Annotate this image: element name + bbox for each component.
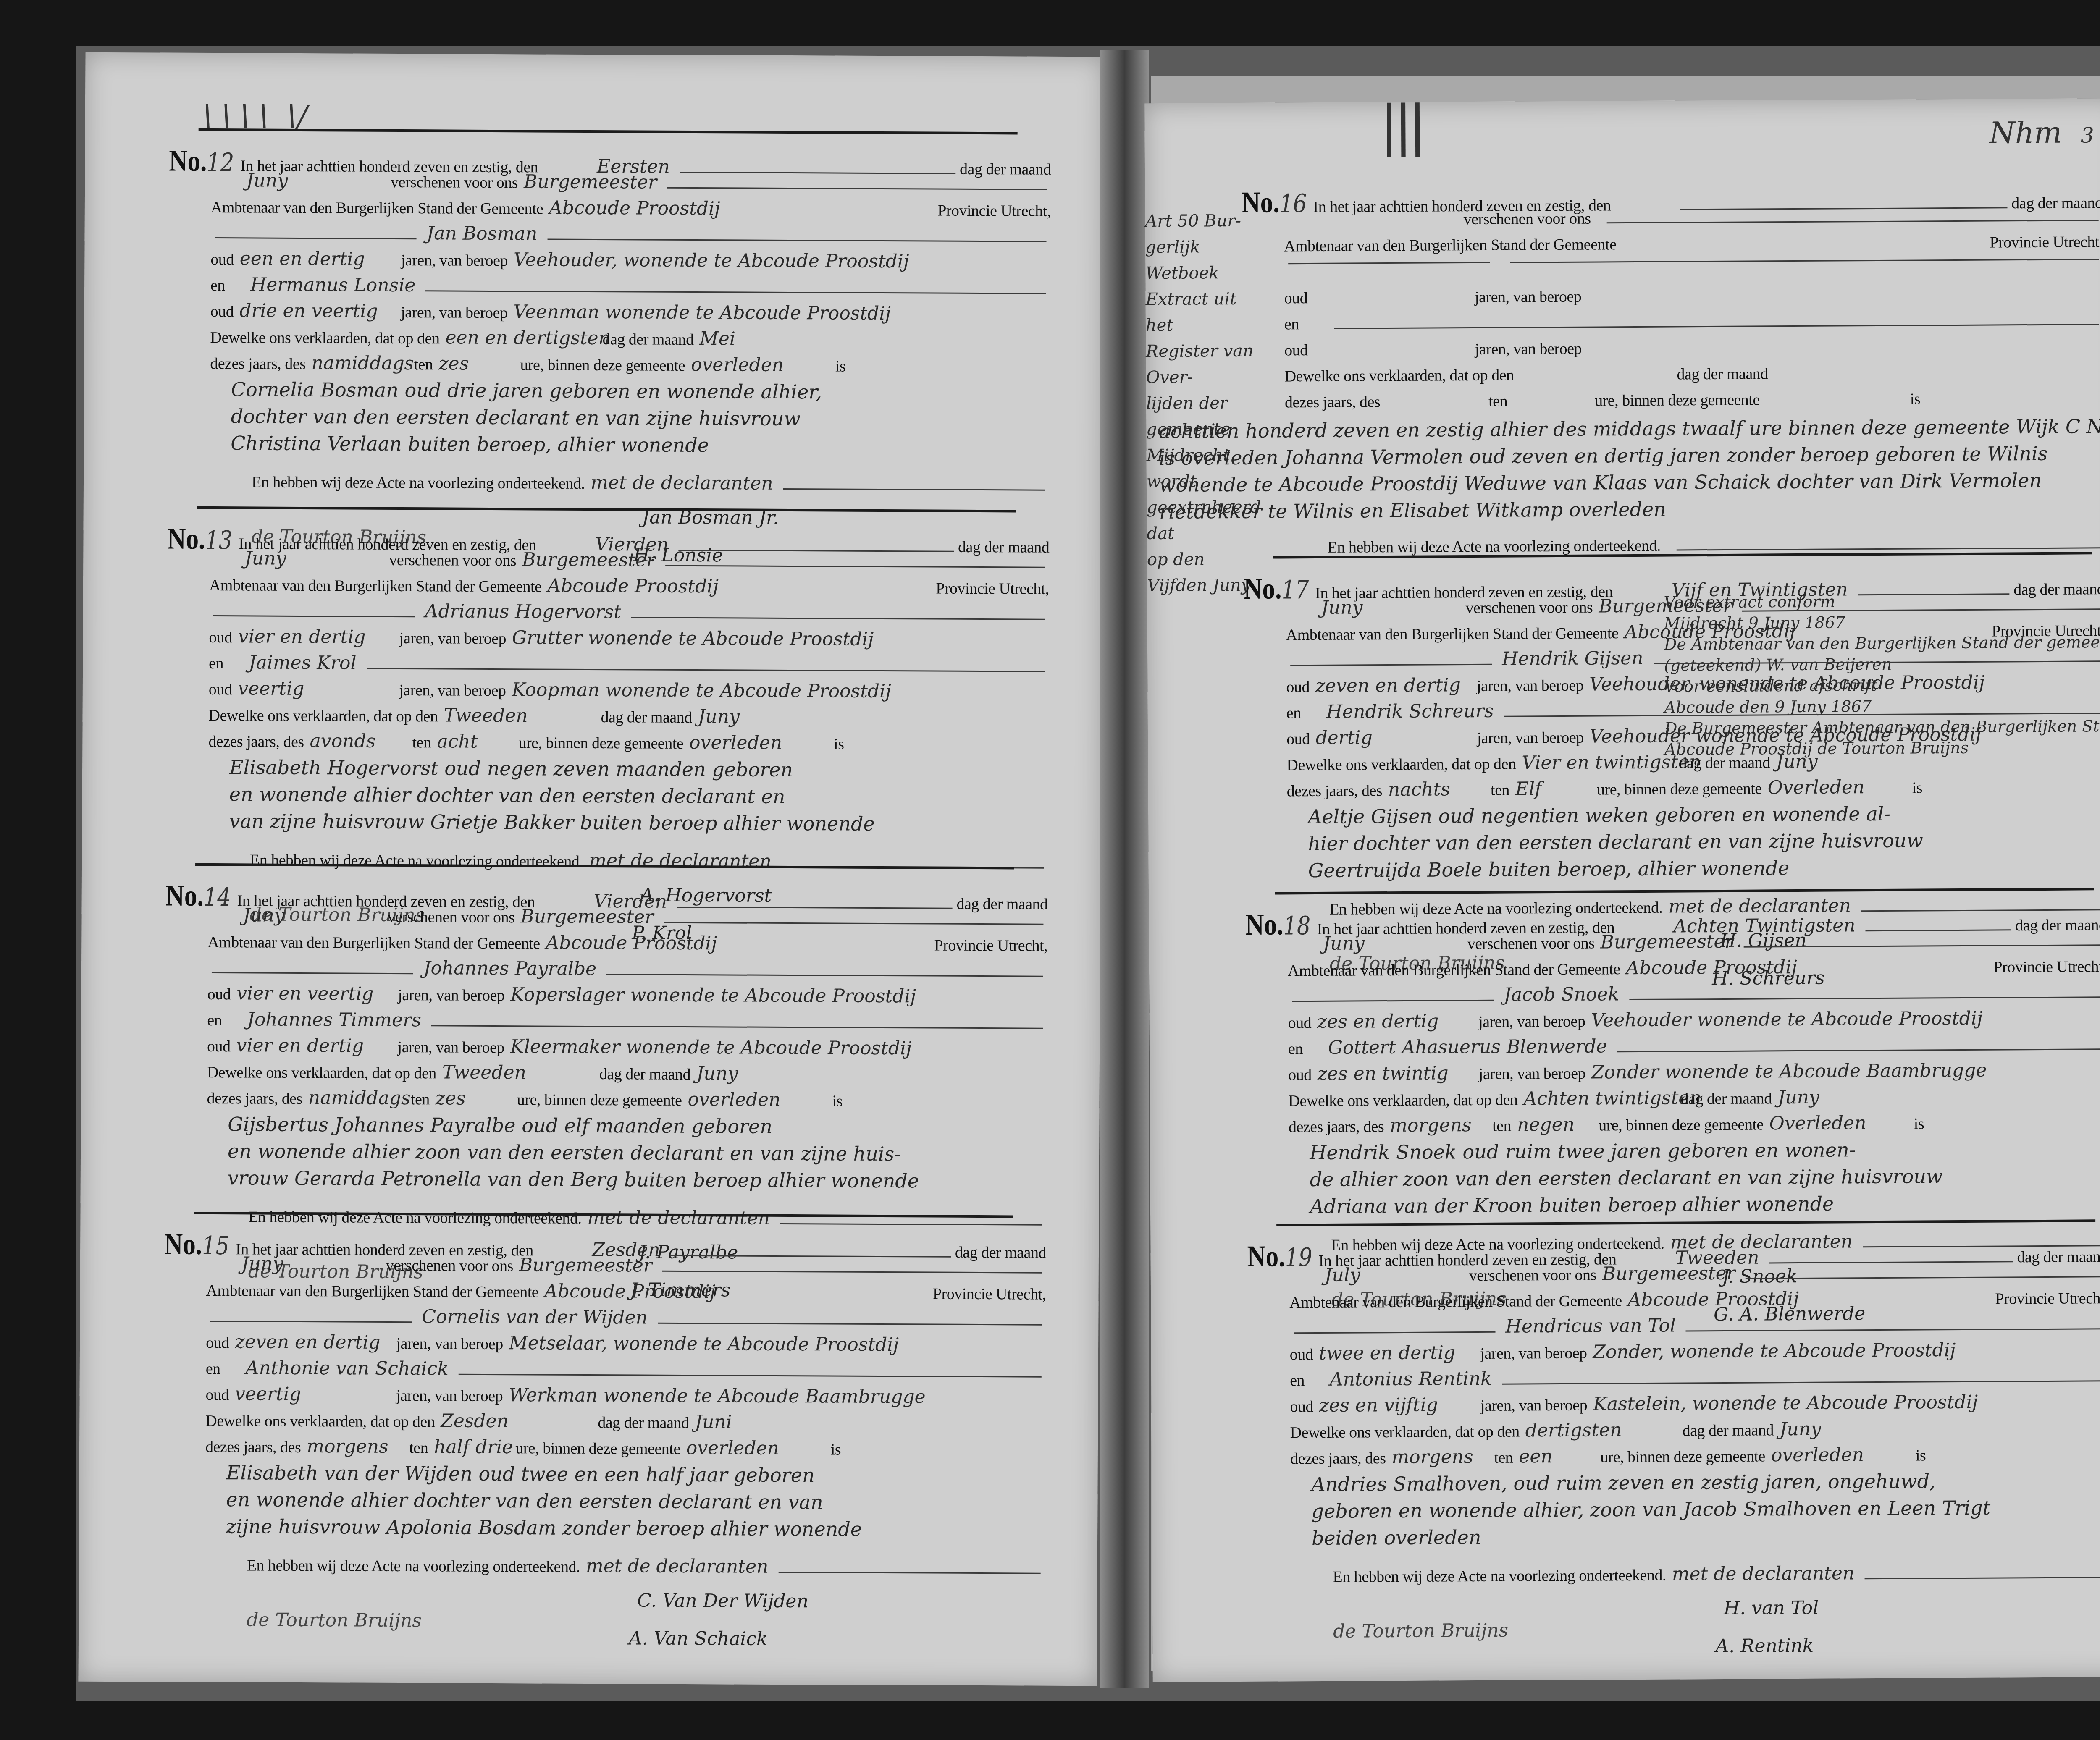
book-gutter xyxy=(1100,50,1149,1688)
death-day: Achten twintigsten xyxy=(1517,1087,1680,1109)
declarant-2-signature: A. Van Schaick xyxy=(629,1627,768,1649)
event-word: overleden xyxy=(685,354,835,376)
death-record-entry-15: No.15 In het jaar achttien honderd zeven… xyxy=(163,1212,1047,1688)
declarant-1-age: zeven en dertig xyxy=(1310,674,1477,697)
hour: een xyxy=(1513,1445,1600,1467)
narrative-line: rietdekker te Wilnis en Elisabet Witkamp… xyxy=(1159,495,2100,527)
event-word: overleden xyxy=(682,1089,832,1111)
narrative-line: Cornelia Bosman oud drie jaren geboren e… xyxy=(168,378,1050,409)
declarant-1-age: vier en dertig xyxy=(232,626,399,648)
hour: half drie xyxy=(428,1436,515,1458)
signed-with: met de declaranten xyxy=(585,472,779,494)
declarant-1-name: Hendricus van Tol xyxy=(1499,1315,1682,1337)
declarant-2-occupation: Werkman wonende te Abcoude Baambrugge xyxy=(503,1384,932,1407)
death-month: Mei xyxy=(694,328,741,349)
declarant-1-occupation: Metselaar, wonende te Abcoude Proostdij xyxy=(503,1332,905,1355)
entry-number-label: No.18 xyxy=(1245,907,1306,942)
narrative-line: Aeltje Gijsen oud negentien weken gebore… xyxy=(1245,801,2100,833)
declarant-2-occupation: Veehouder wonende te Abcoude Proostdij xyxy=(1584,724,1987,747)
declarant-2-age: vier en dertig xyxy=(231,1035,398,1057)
declarant-1-signature: H. van Tol xyxy=(1724,1597,1819,1619)
record-month: July xyxy=(1319,1264,1469,1286)
narrative-line: en wonende alhier dochter van den eerste… xyxy=(163,1488,1045,1519)
narrative-line: wonende te Abcoude Proostdij Weduwe van … xyxy=(1159,469,2100,501)
right-page: ||| Nhm 3 No.16 In het jaar achttien hon… xyxy=(1144,98,2100,1682)
declarant-1-age: zeven en dertig xyxy=(229,1331,396,1353)
declarant-2-name: Johannes Timmers xyxy=(222,1009,427,1031)
narrative-line: zijne huisvrouw Apolonia Bosdam zonder b… xyxy=(163,1515,1045,1546)
death-day: Tweeden xyxy=(436,1061,599,1084)
signature-block: de Tourton Bruijns H. van Tol A. Rentink xyxy=(1249,1587,2100,1697)
narrative-line: van zijne huisvrouw Grietje Bakker buite… xyxy=(166,810,1048,840)
left-page: ∖∖∖∖ ∖/ No.12 In het jaar achttien honde… xyxy=(79,52,1104,1686)
declarant-1-name: Jacob Snoek xyxy=(1498,983,1625,1006)
narrative-line: Gijsbertus Johannes Payralbe oud elf maa… xyxy=(165,1113,1047,1143)
declarant-1-name: Jan Bosman xyxy=(420,223,543,244)
official-title: Burgemeester xyxy=(518,171,663,193)
officer-signature: de Tourton Bruijns xyxy=(1333,1620,1508,1642)
declarant-1-occupation: Veehouder, wonende te Abcoude Proostdij xyxy=(508,249,915,272)
time-of-day xyxy=(1380,406,1488,407)
declarant-2-age: dertig xyxy=(1310,726,1477,749)
death-month: Juny xyxy=(1772,1087,1825,1108)
declarant-1-age: zes en dertig xyxy=(1311,1010,1478,1032)
declarant-1-age: vier en veertig xyxy=(231,983,398,1005)
official-title: Burgemeester xyxy=(513,1254,658,1276)
death-day: Zesden xyxy=(435,1410,598,1432)
declarant-1-name: Adrianus Hogervorst xyxy=(419,600,627,623)
hour xyxy=(1507,406,1595,406)
right-corner-mark: Nhm 3 xyxy=(1989,115,2094,150)
declarant-1-name: Hendrik Gijsen xyxy=(1496,647,1649,670)
declarant-2-age xyxy=(1308,354,1475,355)
time-of-day: nachts xyxy=(1382,778,1491,800)
declarant-1-occupation: Koperslager wonende te Abcoude Proostdij xyxy=(504,984,922,1007)
narrative-line: en wonende alhier dochter van den eerste… xyxy=(166,783,1048,813)
declarant-1-age: twee en dertig xyxy=(1313,1342,1480,1364)
municipality: Abcoude Proostdij xyxy=(1618,621,1801,643)
narrative-line: dochter van den eersten declarant en van… xyxy=(168,405,1050,435)
deceased-narrative: Elisabeth Hogervorst oud negen zeven maa… xyxy=(166,756,1048,840)
narrative-line: is overleden Johanna Vermolen oud zeven … xyxy=(1159,442,2100,474)
tally-mark: ||| xyxy=(1380,94,1423,158)
declarant-1-occupation: Veehouder, wonende te Abcoude Proostdij xyxy=(1583,672,1991,695)
narrative-line: Elisabeth Hogervorst oud negen zeven maa… xyxy=(166,756,1048,786)
deceased-narrative: Aeltje Gijsen oud negentien weken gebore… xyxy=(1245,801,2100,886)
narrative-line: vrouw Gerarda Petronella van den Berg bu… xyxy=(165,1166,1047,1197)
official-title: Burgemeester xyxy=(1593,595,1738,617)
deceased-narrative: Gijsbertus Johannes Payralbe oud elf maa… xyxy=(165,1113,1047,1197)
entry-number-label: No.15 xyxy=(164,1227,225,1262)
narrative-line: Geertruijda Boele buiten beroep, alhier … xyxy=(1245,855,2100,886)
event-word: overleden xyxy=(680,1437,831,1460)
death-month: Juny xyxy=(692,706,745,728)
margin-extract-note: Art 50 Bur-gerlijk WetboekExtract uit he… xyxy=(1145,208,1265,599)
entry-number-label: No.19 xyxy=(1247,1239,1308,1274)
event-word xyxy=(1760,404,1910,405)
time-of-day: morgens xyxy=(1386,1446,1494,1468)
declarant-1-occupation: Zonder, wonende te Abcoude Proostdij xyxy=(1587,1339,1961,1363)
death-month: Juny xyxy=(1774,1418,1827,1440)
declarant-2-age: zes en twintig xyxy=(1312,1062,1479,1085)
hour: Elf xyxy=(1509,778,1597,800)
signed-with: met de declaranten xyxy=(580,1555,774,1578)
time-of-day: morgens xyxy=(301,1436,409,1457)
official-title: Burgemeester xyxy=(514,906,659,928)
death-day: dertigsten xyxy=(1520,1419,1683,1441)
entry-number-label: No.12 xyxy=(169,144,230,179)
narrative-line: Adriana van der Kroon buiten beroep alhi… xyxy=(1247,1191,2100,1222)
declarant-1-occupation: Veehouder wonende te Abcoude Proostdij xyxy=(1585,1008,1989,1031)
municipality: Abcoude Proostdij xyxy=(1620,956,1803,979)
death-day xyxy=(1514,379,1677,380)
declarant-2-occupation: Kleermaker wonende te Abcoude Proostdij xyxy=(504,1036,918,1059)
deceased-narrative: Andries Smalhoven, oud ruim zeven en zes… xyxy=(1248,1469,2100,1554)
municipality: Abcoude Proostdij xyxy=(1622,1288,1805,1310)
declarant-1-age: een en dertig xyxy=(234,248,401,270)
record-month: Juny xyxy=(239,548,389,570)
signed-with: met de declaranten xyxy=(1666,1562,1861,1585)
narrative-line: geboren en wonende alhier, zoon van Jaco… xyxy=(1249,1496,2100,1527)
declarant-2-name: Hermanus Lonsie xyxy=(225,274,422,296)
official-title: Burgemeester xyxy=(1596,1263,1741,1285)
death-month: Juny xyxy=(1770,751,1823,773)
death-month: Juny xyxy=(690,1063,744,1085)
narrative-line: hier dochter van den eersten declarant e… xyxy=(1245,828,2100,860)
declarant-2-name: Hendrik Schreurs xyxy=(1301,700,1500,723)
hour: zes xyxy=(430,1087,517,1109)
official-title: Burgemeester xyxy=(1594,931,1739,953)
narrative-line: de alhier zoon van den eersten declarant… xyxy=(1247,1164,2100,1195)
time-of-day: namiddags xyxy=(305,352,414,374)
declarant-2-age: veertig xyxy=(232,678,399,700)
folio-initials: Nhm xyxy=(1989,115,2062,150)
entry-number-label: No.17 xyxy=(1244,571,1305,606)
record-month: Juny xyxy=(240,170,391,192)
declarant-1-occupation: Grutter wonende te Abcoude Proostdij xyxy=(506,627,879,650)
official-title: Burgemeester xyxy=(516,549,661,571)
deceased-narrative: Elisabeth van der Wijden oud twee en een… xyxy=(163,1461,1045,1546)
event-word: overleden xyxy=(683,732,834,754)
declarant-1-name: Johannes Payralbe xyxy=(417,957,602,980)
declarant-2-occupation: Veenman wonende te Abcoude Proostdij xyxy=(507,301,897,324)
declarant-2-name: Jaimes Krol xyxy=(223,652,362,673)
death-record-entry-16: No.16 In het jaar achttien honderd zeven… xyxy=(1242,165,2100,565)
declarant-2-age: veertig xyxy=(229,1383,396,1405)
death-day: Vier en twintigsten xyxy=(1516,751,1679,773)
page-number: 3 xyxy=(2081,123,2094,147)
municipality: Abcoude Proostdij xyxy=(540,932,723,954)
entry-number-label: No.13 xyxy=(167,521,228,557)
record-month: Juny xyxy=(237,904,387,927)
record-month xyxy=(1313,224,1464,225)
death-month: Juni xyxy=(689,1411,738,1433)
death-day: een en dertigsten xyxy=(439,327,602,349)
event-word: Overleden xyxy=(1764,1112,1914,1135)
declarant-2-occupation: Zonder wonende te Abcoude Baambrugge xyxy=(1585,1060,1993,1083)
declarant-2-signature: A. Rentink xyxy=(1715,1635,1814,1657)
officer-signature: de Tourton Bruijns xyxy=(247,1609,422,1631)
record-month: Juny xyxy=(1315,596,1465,618)
narrative-line: en wonende alhier zoon van den eersten d… xyxy=(165,1140,1047,1170)
entry-number-label: No.14 xyxy=(166,878,227,914)
declarant-2-occupation: Kastelein, wonende te Abcoude Proostdij xyxy=(1587,1391,1984,1415)
declarant-1-age xyxy=(1307,302,1475,303)
municipality: Abcoude Proostdij xyxy=(538,1280,722,1302)
deceased-narrative: Cornelia Bosman oud drie jaren geboren e… xyxy=(168,378,1050,462)
declarant-2-name: Gottert Ahasuerus Blenwerde xyxy=(1303,1035,1613,1059)
time-of-day: avonds xyxy=(304,730,412,752)
death-day: Tweeden xyxy=(438,705,601,727)
narrative-line: achttien honderd zeven en zestig alhier … xyxy=(1159,415,2100,447)
entry-separator xyxy=(199,128,1018,135)
declarant-1-name: Cornelis van der Wijden xyxy=(416,1306,654,1328)
hour: negen xyxy=(1511,1114,1599,1135)
time-of-day: morgens xyxy=(1384,1114,1492,1136)
municipality: Abcoude Proostdij xyxy=(541,575,724,597)
narrative-line: Hendrik Snoek oud ruim twee jaren gebore… xyxy=(1247,1137,2100,1169)
time-of-day: namiddags xyxy=(302,1087,411,1109)
narrative-line: Andries Smalhoven, oud ruim zeven en zes… xyxy=(1248,1469,2100,1500)
declarant-2-age: zes en vijftig xyxy=(1313,1394,1480,1416)
narrative-line: Elisabeth van der Wijden oud twee en een… xyxy=(163,1461,1045,1492)
narrative-line: Christina Verlaan buiten beroep, alhier … xyxy=(168,432,1050,462)
deceased-narrative: Hendrik Snoek oud ruim twee jaren gebore… xyxy=(1247,1137,2100,1222)
hour: acht xyxy=(431,731,518,752)
signature-block: de Tourton Bruijns C. Van Der Wijden A. … xyxy=(163,1580,1045,1688)
hour: zes xyxy=(433,353,520,375)
record-month: Juny xyxy=(236,1253,386,1275)
declarant-1-signature: C. Van Der Wijden xyxy=(637,1590,808,1612)
declarant-2-age: drie en veertig xyxy=(234,300,401,322)
narrative-line: beiden overleden xyxy=(1249,1522,2100,1554)
municipality: Abcoude Proostdij xyxy=(543,197,726,219)
event-word: Overleden xyxy=(1761,776,1912,799)
declarant-2-name: Antonius Rentink xyxy=(1305,1368,1498,1390)
declarant-2-occupation: Koopman wonende te Abcoude Proostdij xyxy=(506,679,897,702)
event-word: overleden xyxy=(1765,1444,1916,1466)
death-record-entry-19: No.19 In het jaar achttien honderd zeven… xyxy=(1247,1219,2100,1697)
deceased-narrative: achttien honderd zeven en zestig alhier … xyxy=(1159,415,2100,527)
declarant-2-name: Anthonie van Schaick xyxy=(220,1357,454,1379)
record-month: Juny xyxy=(1317,932,1467,954)
